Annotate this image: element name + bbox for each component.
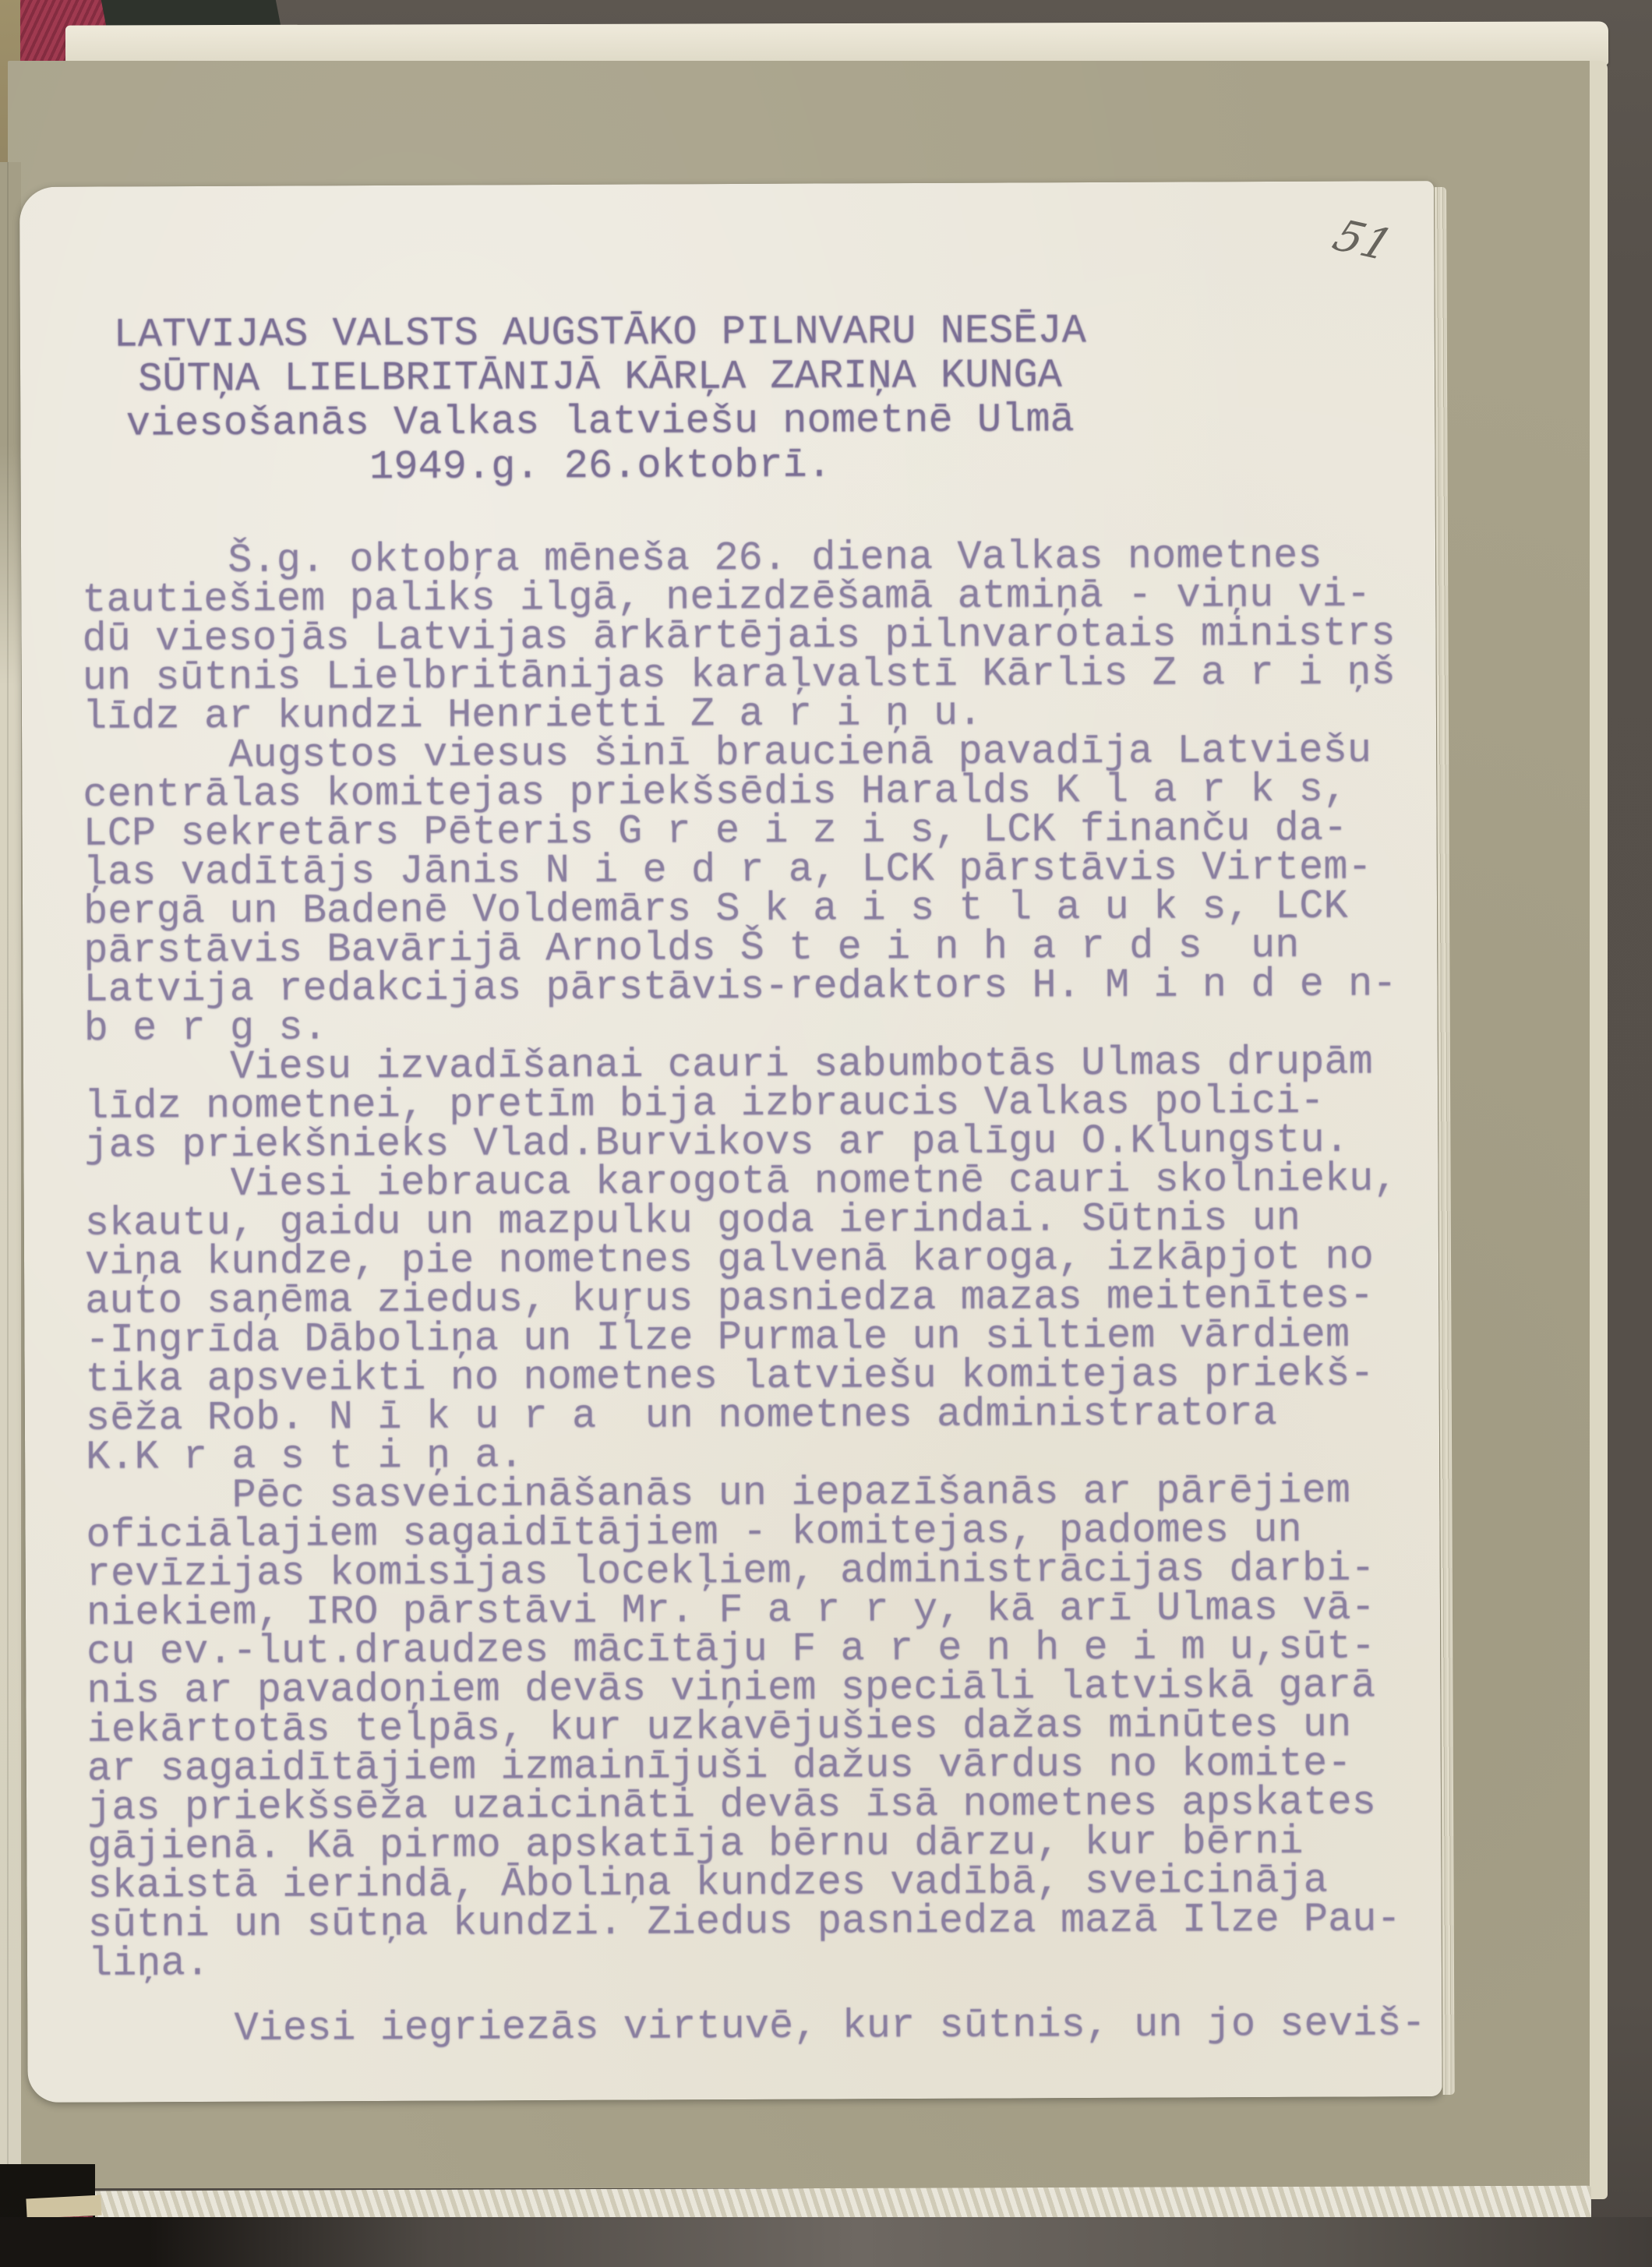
page-number: 51 — [1325, 211, 1400, 271]
paragraph: Pēc sasveicināšanās un iepazīšanās ar pā… — [86, 1471, 1442, 1984]
paragraph: Augstos viesus šinī braucienā pavadīja L… — [83, 731, 1438, 1049]
typed-document-page: 51 LATVIJAS VALSTS AUGSTĀKO PILNVARU NES… — [19, 181, 1442, 2103]
paragraph: Viesi iegriezās virtuvē, kur sūtnis, un … — [88, 2004, 1442, 2050]
paragraph: Š.g. oktobŗa mēneša 26. diena Valkas nom… — [82, 536, 1436, 737]
text-line: Viesi iegriezās virtuvē, kur sūtnis, un … — [88, 2004, 1442, 2050]
photo-backdrop: 51 LATVIJAS VALSTS AUGSTĀKO PILNVARU NES… — [0, 0, 1652, 2267]
text-line: SŪTŅA LIELBRITĀNIJĀ KĀRĻA ZARIŅA KUNGA — [112, 353, 1088, 401]
text-line: viesošanās Valkas latviešu nometnē Ulmā — [112, 397, 1088, 446]
red-cloth-bottom — [24, 2216, 94, 2265]
text-line: sūtni un sūtņa kundzi. Ziedus pasniedza … — [88, 1900, 1442, 1945]
document-body: Š.g. oktobŗa mēneša 26. diena Valkas nom… — [82, 536, 1442, 2050]
album-page-bottom-edge — [51, 2186, 1591, 2238]
text-line: Latvija redakcijas pārstāvis-redaktors H… — [83, 965, 1437, 1010]
text-line: 1949.g. 26.oktobrī. — [112, 442, 1088, 490]
document-title: LATVIJAS VALSTS AUGSTĀKO PILNVARU NESĒJA… — [112, 309, 1089, 490]
paragraph: Viesi iebrauca karogotā nometnē cauri sk… — [84, 1160, 1439, 1478]
text-line: LATVIJAS VALSTS AUGSTĀKO PILNVARU NESĒJA — [112, 309, 1088, 357]
paragraph: Viesu izvadīšanai cauri sabumbotās Ulmas… — [84, 1043, 1438, 1166]
text-line: sēža Rob. N ī k u r a un nometnes admini… — [86, 1393, 1439, 1439]
page-stack-edge-left — [0, 162, 21, 2175]
